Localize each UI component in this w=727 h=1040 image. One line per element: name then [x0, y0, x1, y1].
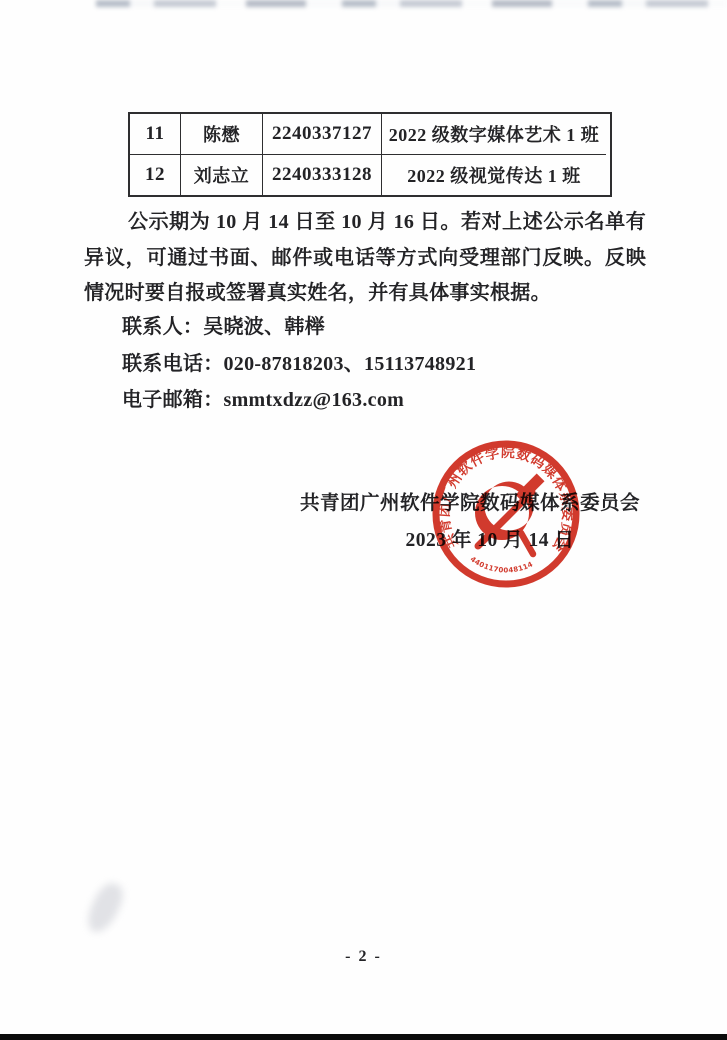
table-cell-student-id: 2240333128 — [263, 155, 382, 195]
page-number: - 2 - — [0, 948, 727, 966]
hammer-sickle-icon — [475, 474, 544, 554]
official-seal: 共青团广州软件学院数码媒体系委员会 4401170048114 — [430, 431, 582, 597]
table-cell-class: 2022 级数字媒体艺术 1 班 — [382, 114, 606, 155]
table-cell-no: 11 — [130, 114, 181, 155]
table-cell-name: 刘志立 — [181, 155, 263, 195]
scan-artifact-bottom-edge — [0, 1034, 727, 1040]
contact-phone: 联系电话：020-87818203、15113748921 — [122, 346, 476, 383]
scan-artifact-top-edge — [96, 0, 727, 7]
notice-paragraph: 公示期为 10 月 14 日至 10 月 16 日。若对上述公示名单有异议，可通… — [84, 205, 646, 312]
scanned-notice-page: 11 陈懋 2240337127 2022 级数字媒体艺术 1 班 12 刘志立… — [0, 0, 727, 1040]
table-cell-class: 2022 级视觉传达 1 班 — [382, 155, 606, 195]
contact-email: 电子邮箱：smmtxdzz@163.com — [122, 382, 476, 419]
svg-text:4401170048114: 4401170048114 — [469, 555, 535, 574]
seal-serial-number: 4401170048114 — [469, 555, 535, 574]
table-cell-no: 12 — [130, 155, 181, 195]
contact-person: 联系人：吴晓波、韩榉 — [122, 309, 476, 346]
contact-block: 联系人：吴晓波、韩榉 联系电话：020-87818203、15113748921… — [122, 309, 476, 419]
table-cell-student-id: 2240337127 — [263, 114, 382, 155]
scan-artifact-smudge — [83, 879, 128, 937]
applicants-table: 11 陈懋 2240337127 2022 级数字媒体艺术 1 班 12 刘志立… — [128, 112, 612, 197]
table-cell-name: 陈懋 — [181, 114, 263, 155]
